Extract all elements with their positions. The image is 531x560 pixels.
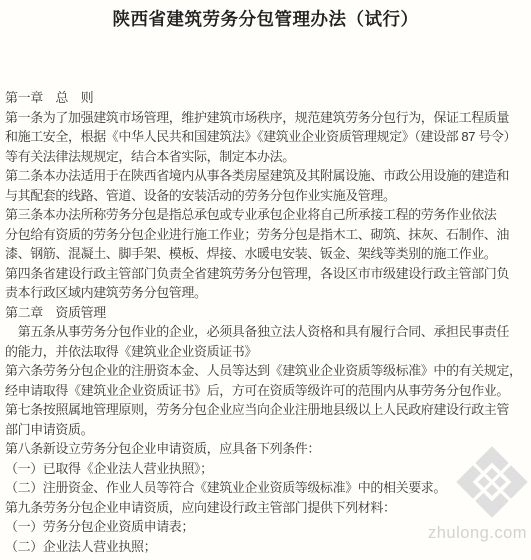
document-line: 第一条为了加强建筑市场管理，维护建筑市场秩序，规范建筑劳务分包行为，保证工程质量 <box>5 108 531 128</box>
document-line: 第六条劳务分包企业的注册资本金、人员等达到《建筑业企业资质等级标准》中的有关规定… <box>5 361 531 381</box>
document-line: （一）已取得《企业法人营业执照》； <box>5 459 531 479</box>
document-page: zhulong.com 陕西省建筑劳务分包管理办法（试行） 第一章 总 则 第一… <box>0 0 531 560</box>
document-line: 第三条本办法所称劳务分包是指总承包或专业承包企业将自己所承接工程的劳务作业依法 <box>5 205 531 225</box>
document-line: 与其配套的线路、管道、设备的安装活动的劳务分包作业实施及管理。 <box>5 186 531 206</box>
document-line: 责本行政区域内建筑劳务分包管理。 <box>5 283 531 303</box>
document-line: 经申请取得《建筑业企业资质证书》后，方可在资质等级许可的范围内从事劳务分包作业。 <box>5 381 531 401</box>
document-line: 等有关法律法规规定，结合本省实际，制定本办法。 <box>5 147 531 167</box>
chapter-2-heading: 第二章 资质管理 <box>5 303 531 323</box>
document-line: 第四条省建设行政主管部门负责全省建筑劳务分包管理，各设区市市级建设行政主管部门负 <box>5 264 531 284</box>
document-line: 和施工安全，根据《中华人民共和国建筑法》《建筑业企业资质管理规定》（建设部 87… <box>5 127 531 147</box>
document-line: （一）劳务分包企业资质申请表； <box>5 517 531 537</box>
document-line: 的能力，并依法取得《建筑业企业资质证书》 <box>5 342 531 362</box>
document-line: 第九条劳务分包企业申请资质，应向建设行政主管部门提供下列材料： <box>5 498 531 518</box>
document-line: 第五条从事劳务分包作业的企业，必须具备独立法人资格和具有履行合同、承担民事责任 <box>5 322 531 342</box>
document-line: （二）企业法人营业执照； <box>5 537 531 557</box>
document-title: 陕西省建筑劳务分包管理办法（试行） <box>0 7 531 31</box>
document-line: 第八条新设立劳务分包企业申请资质，应具备下列条件： <box>5 439 531 459</box>
document-line: 分包给有资质的劳务分包企业进行施工作业；劳务分包是指木工、砌筑、抹灰、石制作、油 <box>5 225 531 245</box>
document-body: 第一章 总 则 第一条为了加强建筑市场管理，维护建筑市场秩序，规范建筑劳务分包行… <box>5 88 531 556</box>
document-line: 部门申请资质。 <box>5 420 531 440</box>
document-line: 第七条按照属地管理原则，劳务分包企业应当向企业注册地县级以上人民政府建设行政主管 <box>5 400 531 420</box>
document-line: 漆、钢筋、混凝土、脚手架、模板、焊接、水暖电安装、钣金、架线等类别的施工作业。 <box>5 244 531 264</box>
chapter-1-heading: 第一章 总 则 <box>5 88 531 108</box>
document-line: 第二条本办法适用于在陕西省境内从事各类房屋建筑及其附属设施、市政公用设施的建造和 <box>5 166 531 186</box>
document-line: （二）注册资金、作业人员等符合《建筑业企业资质等级标准》中的相关要求。 <box>5 478 531 498</box>
